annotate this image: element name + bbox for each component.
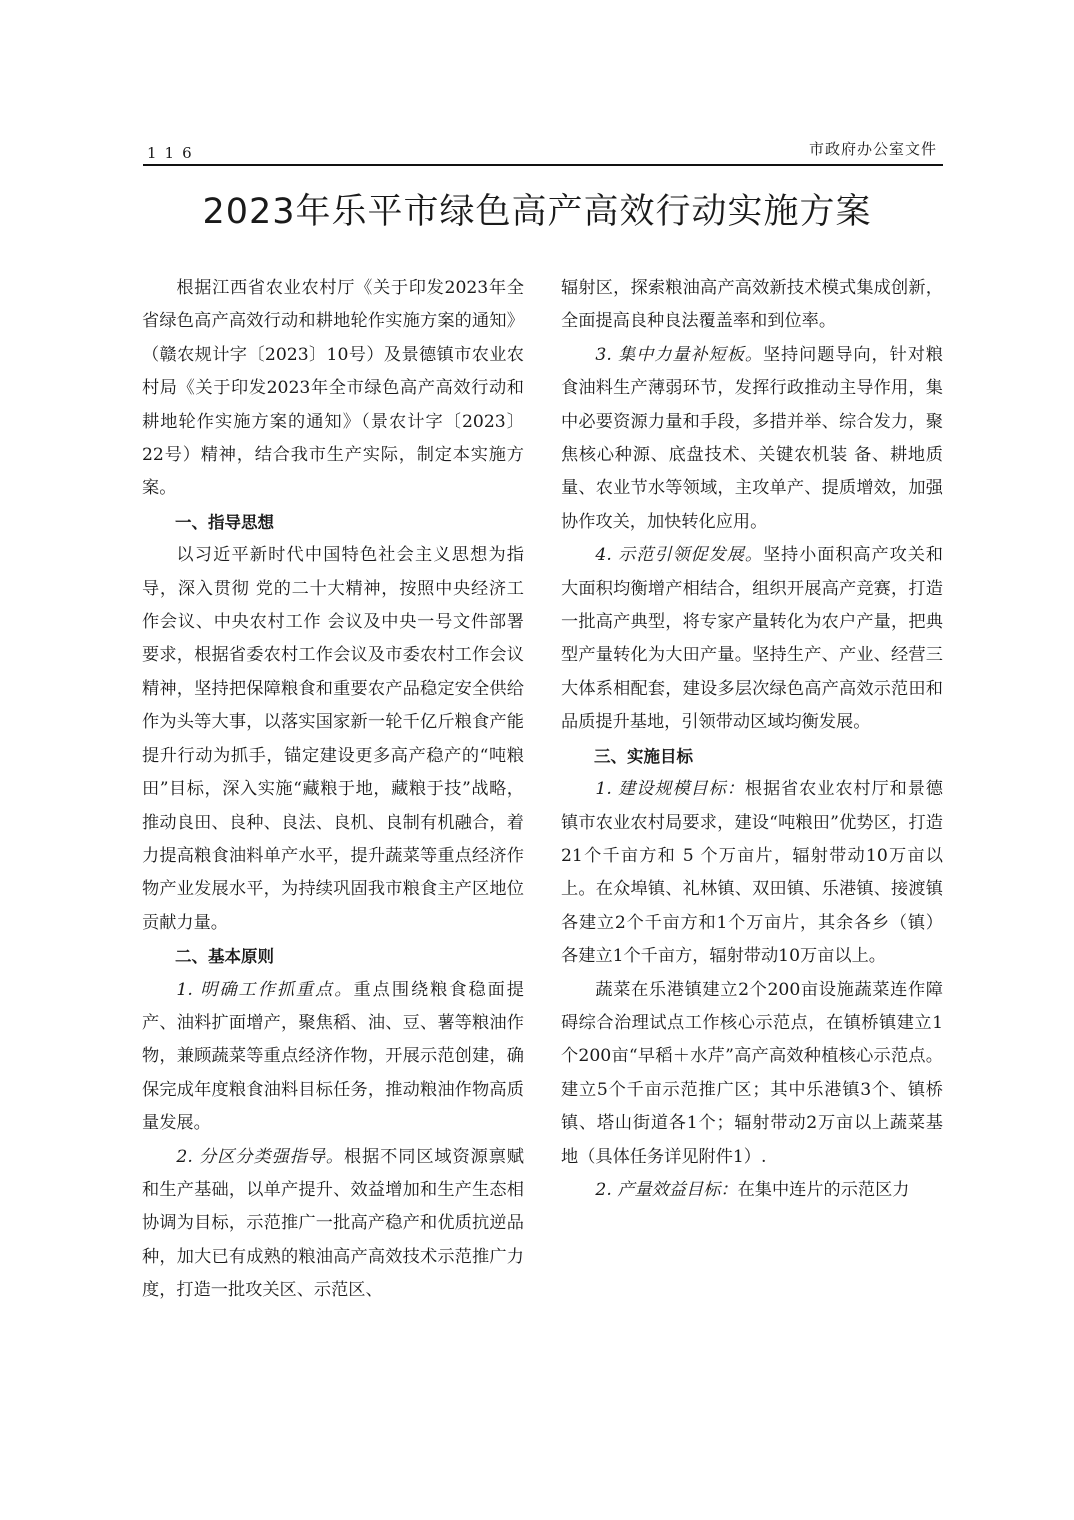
guiding-ideology-paragraph: 以习近平新时代中国特色社会主义思想为指导，深入贯彻 党的二十大精神，按照中央经济… — [142, 539, 524, 940]
page-number: 116 — [147, 144, 200, 162]
principle-2-body: 根据不同区域资源禀赋和生产基础，以单产提升、效益增加和生产生态相协调为目标，示范… — [142, 1147, 524, 1301]
principle-3-paragraph: 3. 集中力量补短板。坚持问题导向，针对粮食油料生产薄弱环节，发挥行政推动主导作… — [561, 339, 943, 539]
principle-4-paragraph: 4. 示范引领促发展。坚持小面积高产攻关和大面积均衡增产相结合，组织开展高产竞赛… — [561, 539, 943, 739]
principle-3-lead: 3. 集中力量补短板。 — [595, 345, 763, 365]
principle-1-body: 重点围绕粮食稳面提产、油料扩面增产，聚焦稻、油、豆、薯等粮油作物，兼顾蔬菜等重点… — [142, 980, 524, 1134]
header-source: 市政府办公室文件 — [809, 138, 937, 159]
principle-2-paragraph: 2. 分区分类强指导。根据不同区域资源禀赋和生产基础，以单产提升、效益增加和生产… — [142, 1141, 524, 1308]
right-column: 辐射区，探索粮油高产高效新技术模式集成创新，全面提高良种良法覆盖率和到位率。 3… — [561, 272, 943, 1207]
intro-paragraph: 根据江西省农业农村厅《关于印发2023年全省绿色高产高效行动和耕地轮作实施方案的… — [142, 272, 524, 506]
principle-2-lead: 2. 分区分类强指导。 — [176, 1147, 344, 1167]
principle-2-continued: 辐射区，探索粮油高产高效新技术模式集成创新，全面提高良种良法覆盖率和到位率。 — [561, 272, 943, 339]
section-heading-guiding-ideology: 一、指导思想 — [142, 506, 524, 539]
principle-1-paragraph: 1. 明确工作抓重点。重点围绕粮食稳面提产、油料扩面增产，聚焦稻、油、豆、薯等粮… — [142, 974, 524, 1141]
goal-1-lead: 1. 建设规模目标： — [595, 779, 744, 799]
principle-4-body: 坚持小面积高产攻关和大面积均衡增产相结合，组织开展高产竞赛，打造一批高产典型，将… — [561, 545, 943, 732]
document-title: 2023年乐平市绿色高产高效行动实施方案 — [0, 184, 1074, 234]
left-column: 根据江西省农业农村厅《关于印发2023年全省绿色高产高效行动和耕地轮作实施方案的… — [142, 272, 524, 1308]
page-header: 116 市政府办公室文件 — [143, 138, 943, 166]
goal-2-paragraph: 2. 产量效益目标：在集中连片的示范区力 — [561, 1174, 943, 1207]
section-heading-basic-principles: 二、基本原则 — [142, 940, 524, 973]
goal-2-body: 在集中连片的示范区力 — [738, 1180, 910, 1200]
vegetable-paragraph: 蔬菜在乐港镇建立2个200亩设施蔬菜连作障碍综合治理试点工作核心示范点，在镇桥镇… — [561, 974, 943, 1174]
principle-4-lead: 4. 示范引领促发展。 — [595, 545, 763, 565]
goal-1-body: 根据省农业农村厅和景德镇市农业农村局要求，建设“吨粮田”优势区，打造21个千亩方… — [561, 779, 943, 966]
principle-1-lead: 1. 明确工作抓重点。 — [176, 980, 353, 1000]
principle-3-body: 坚持问题导向，针对粮食油料生产薄弱环节，发挥行政推动主导作用，集中必要资源力量和… — [561, 345, 943, 532]
goal-1-paragraph: 1. 建设规模目标：根据省农业农村厅和景德镇市农业农村局要求，建设“吨粮田”优势… — [561, 773, 943, 973]
goal-2-lead: 2. 产量效益目标： — [595, 1180, 737, 1200]
section-heading-implementation-goals: 三、实施目标 — [561, 740, 943, 773]
